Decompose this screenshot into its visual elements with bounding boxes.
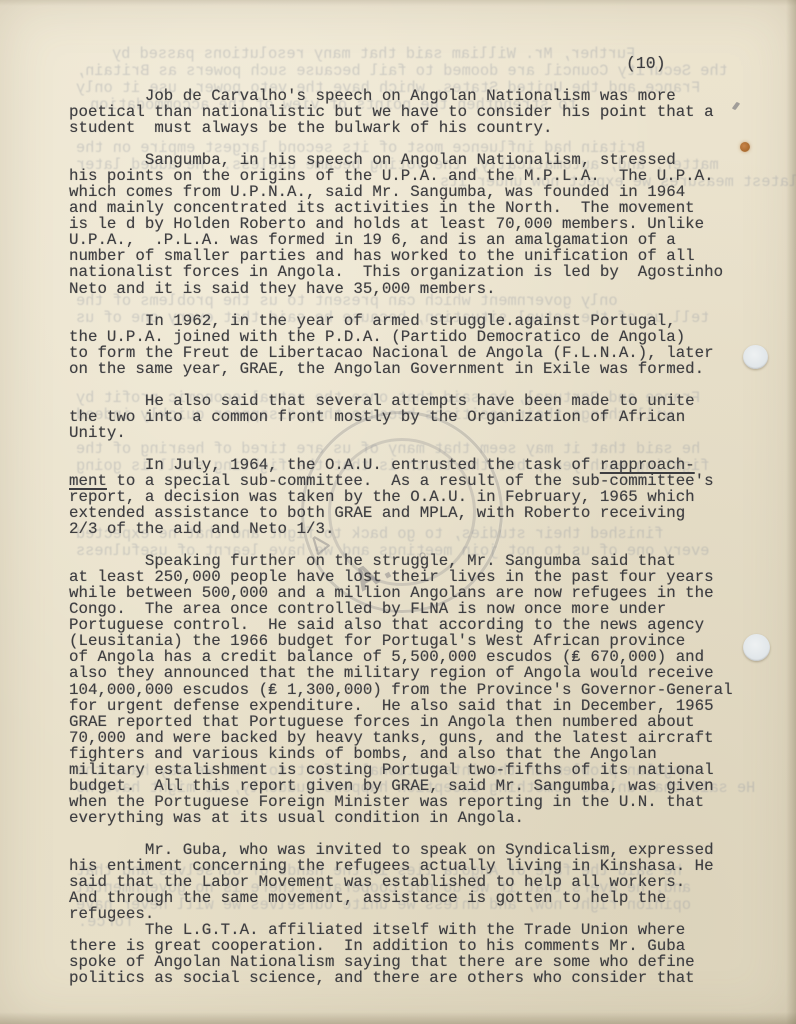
text-line: which comes from U.P.N.A., said Mr. Sang… [69, 184, 759, 200]
text-line: Neto and it is said they have 35,000 mem… [69, 281, 759, 297]
text-line: student must always be the bulwark of hi… [69, 120, 759, 136]
text-line: He also said that several attempts have … [69, 393, 759, 409]
text-line: poetical than nationalistic but we have … [69, 104, 759, 120]
paragraph: Sangumba, in his speech on Angolan Natio… [69, 152, 759, 296]
text-line: there is great cooperation. In addition … [69, 938, 759, 954]
paragraph: Speaking further on the struggle, Mr. Sa… [69, 553, 759, 826]
paragraph: The L.G.T.A. affiliated itself with the … [69, 922, 759, 986]
text-line: Sangumba, in his speech on Angolan Natio… [69, 152, 759, 168]
text-line: Congo. The area once controlled by FLNA … [69, 601, 759, 617]
text-line: The L.G.T.A. affiliated itself with the … [69, 922, 759, 938]
text-line: Job de Carvalho's speech on Angolan Nati… [69, 88, 759, 104]
text-line: Speaking further on the struggle, Mr. Sa… [69, 553, 759, 569]
paragraph: He also said that several attempts have … [69, 393, 759, 441]
text-line: number of smaller parties and has worked… [69, 248, 759, 264]
text-line: the U.P.A. joined with the P.D.A. (Parti… [69, 329, 759, 345]
text-line: said that the Labor Movement was establi… [69, 874, 759, 890]
text-line: and mainly concentrated its activities i… [69, 200, 759, 216]
text-line: In 1962, in the year of armed struggle.a… [69, 313, 759, 329]
text-line: (Leusitania) the 1966 budget for Portuga… [69, 633, 759, 649]
text-line: Mr. Guba, who was invited to speak on Sy… [69, 842, 759, 858]
text-line: 2/3 of the aid and Neto 1/3. [69, 521, 759, 537]
text-line: when the Portuguese Foreign Minister was… [69, 794, 759, 810]
paragraph: Mr. Guba, who was invited to speak on Sy… [69, 842, 759, 922]
text-line: on the same year, GRAE, the Angolan Gove… [69, 361, 759, 377]
text-line: to form the Freut de Libertacao Nacional… [69, 345, 759, 361]
text-line: report, a decision was taken by the O.A.… [69, 489, 759, 505]
text-line: his entiment concerning the refugees act… [69, 858, 759, 874]
bleedthrough-fragment: Further, Mr. William said that many reso… [112, 46, 635, 62]
text-line: Unity. [69, 425, 759, 441]
text-line: extended assistance to both GRAE and MPL… [69, 505, 759, 521]
text-line: 104,000,000 escudos (₤ 1,300,000) from t… [69, 682, 759, 698]
text-line: the two into a common front mostly by th… [69, 409, 759, 425]
page-edge-top [0, 0, 796, 6]
paragraph: In 1962, in the year of armed struggle.a… [69, 313, 759, 377]
text-line: for urgent defense expenditure. He also … [69, 698, 759, 714]
text-line: of Angola has a credit balance of 5,500,… [69, 649, 759, 665]
page-edge-bottom [0, 1012, 796, 1024]
paragraph: In July, 1964, the O.A.U. entrusted the … [69, 457, 759, 537]
text-line: fighters and various kinds of bombs, and… [69, 746, 759, 762]
text-line: spoke of Angolan Nationalism saying that… [69, 954, 759, 970]
text-line: refugees. [69, 906, 759, 922]
text-line: politics as social science, and there ar… [69, 970, 759, 986]
text-line: nationalist forces in Angola. This organ… [69, 264, 759, 280]
page-number: (10) [626, 54, 666, 73]
text-line: his points on the origins of the U.P.A. … [69, 168, 759, 184]
text-line: budget. All this report given by GRAE, s… [69, 778, 759, 794]
text-line: military estalishment is costing Portuga… [69, 762, 759, 778]
paragraph: Job de Carvalho's speech on Angolan Nati… [69, 88, 759, 136]
text-line: ment to a special sub-committee. As a re… [69, 473, 759, 489]
text-line: And through the same movement, assistanc… [69, 890, 759, 906]
text-line: also they announced that the military re… [69, 665, 759, 681]
text-line: GRAE reported that Portuguese forces in … [69, 714, 759, 730]
page-edge-right [786, 0, 796, 1024]
text-line: Portuguese control. He said also that ac… [69, 617, 759, 633]
text-line: is le d by Holden Roberto and holds at l… [69, 216, 759, 232]
text-line: 70,000 and were backed by heavy tanks, g… [69, 730, 759, 746]
text-line: while between 500,000 and a million Ango… [69, 585, 759, 601]
punch-hole-bottom [743, 634, 770, 661]
text-line: everything was at its usual condition in… [69, 810, 759, 826]
text-line: U.P.A., .P.L.A. was formed in 19 6, and … [69, 232, 759, 248]
punch-hole-top [743, 345, 768, 369]
text-line: In July, 1964, the O.A.U. entrusted the … [69, 457, 759, 473]
document-body: Job de Carvalho's speech on Angolan Nati… [69, 88, 759, 986]
text-line: at least 250,000 people have lost their … [69, 569, 759, 585]
stain-dot [740, 142, 750, 152]
